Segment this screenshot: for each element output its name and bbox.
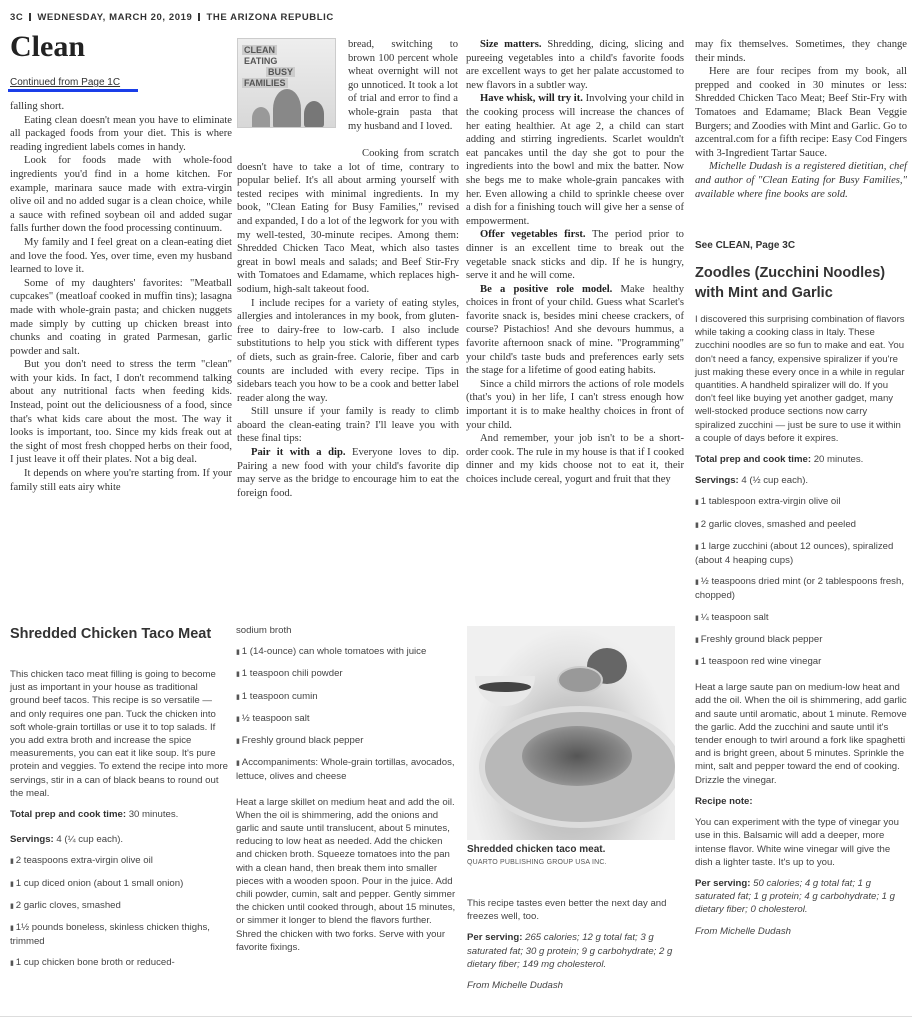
recipe-servings: Servings: 4 (½ cup each). (695, 474, 907, 487)
folio-date: WEDNESDAY, MARCH 20, 2019 (37, 12, 192, 23)
paragraph: And remember, your job isn't to be a sho… (466, 432, 684, 486)
paragraph: Since a child mirrors the actions of rol… (466, 378, 684, 432)
olives-shape (479, 682, 531, 692)
recipe-intro: I discovered this surprising combination… (695, 313, 907, 445)
taco-filling-shape (522, 726, 632, 786)
paragraph: Still unsure if your family is ready to … (237, 405, 459, 446)
value: From Michelle Dudash (467, 980, 563, 991)
book-cover-title-line: BUSY (266, 67, 295, 77)
ingredient: 1½ pounds boneless, skinless chicken thi… (10, 921, 228, 948)
page-folio: 3CWEDNESDAY, MARCH 20, 2019THE ARIZONA R… (10, 12, 334, 23)
recipe-taco-body-col2: sodium broth 1 (14-ounce) can whole toma… (236, 624, 456, 962)
tip-lead: Have whisk, will try it. (480, 93, 583, 104)
link-highlight-underline (8, 89, 138, 92)
tip-lead: Be a positive role model. (480, 284, 612, 295)
book-cover-title-line: CLEAN (242, 45, 277, 55)
tip-lead: Size matters. (480, 39, 542, 50)
recipe-intro: This chicken taco meat filling is going … (10, 668, 228, 800)
paragraph: It depends on where you're starting from… (10, 467, 232, 494)
paragraph: Here are four recipes from my book, all … (695, 65, 907, 160)
tip-paragraph: Size matters. Shredding, dicing, slicing… (466, 38, 684, 92)
tip-lead: Offer vegetables first. (480, 229, 586, 240)
see-jump-link[interactable]: See CLEAN, Page 3C (695, 240, 795, 251)
recipe-taco-body-col3: This recipe tastes even better the next … (467, 897, 679, 1000)
recipe-note: You can experiment with the type of vine… (695, 816, 907, 869)
tip-lead: Pair it with a dip. (251, 447, 346, 458)
folio-separator (198, 13, 200, 21)
paragraph: Cooking from scratch doesn't have to tak… (237, 147, 459, 297)
ingredient: 1 teaspoon cumin (236, 690, 456, 704)
page-bottom-rule (0, 1016, 912, 1017)
recipe-note-label: Recipe note: (695, 795, 907, 808)
recipe-time: Total prep and cook time: 20 minutes. (695, 453, 907, 466)
book-cover-title-line: EATING (242, 56, 279, 66)
value: 4 (½ cup each). (739, 475, 808, 486)
continued-from-link[interactable]: Continued from Page 1C (10, 77, 120, 88)
article-headline: Clean (10, 30, 85, 64)
ingredient: ½ teaspoons dried mint (or 2 tablespoons… (695, 575, 907, 602)
label: Per serving: (695, 878, 750, 889)
paragraph: But you don't need to stress the term "c… (10, 358, 232, 467)
paragraph: may fix themselves. Sometimes, they chan… (695, 38, 907, 65)
article-column-4: may fix themselves. Sometimes, they chan… (695, 38, 907, 201)
ingredient: 1 teaspoon chili powder (236, 667, 456, 681)
value: 30 minutes. (126, 809, 178, 820)
ingredient: 1 cup diced onion (about 1 small onion) (10, 877, 228, 891)
value: 20 minutes. (811, 454, 863, 465)
label: Total prep and cook time: (695, 454, 811, 465)
recipe-time: Total prep and cook time: 30 minutes. (10, 808, 228, 821)
ingredient-continued: sodium broth (236, 624, 456, 637)
avocado-half-shape (557, 666, 603, 694)
recipe-nutrition: Per serving: 50 calories; 4 g total fat;… (695, 877, 907, 917)
paragraph: Look for foods made with whole-food ingr… (10, 154, 232, 236)
article-column-2-wrap: bread, switching to brown 100 percent wh… (348, 38, 458, 133)
label: Total prep and cook time: (10, 809, 126, 820)
ingredient: 2 teaspoons extra-virgin olive oil (10, 854, 228, 868)
recipe-title-zoodles: Zoodles (Zucchini Noodles) with Mint and… (695, 263, 910, 303)
folio-page: 3C (10, 12, 23, 23)
tip-paragraph: Have whisk, will try it. Involving your … (466, 92, 684, 228)
taco-meat-photo (467, 626, 675, 840)
ingredient: 1 teaspoon red wine vinegar (695, 655, 907, 669)
recipe-servings: Servings: 4 (¼ cup each). (10, 833, 228, 846)
author-figure (273, 89, 301, 128)
paragraph: falling short. (10, 100, 232, 114)
article-column-1: falling short. Eating clean doesn't mean… (10, 100, 232, 494)
ingredient: 1 large zucchini (about 12 ounces), spir… (695, 540, 907, 567)
folio-publication: THE ARIZONA REPUBLIC (206, 12, 333, 23)
ingredient: 2 garlic cloves, smashed and peeled (695, 518, 907, 532)
folio-separator (29, 13, 31, 21)
photo-caption: Shredded chicken taco meat. (467, 844, 605, 855)
recipe-nutrition: Per serving: 265 calories; 12 g total fa… (467, 931, 679, 971)
paragraph: Eating clean doesn't mean you have to el… (10, 114, 232, 155)
ingredient: ½ teaspoon salt (236, 712, 456, 726)
recipe-source: From Michelle Dudash (467, 979, 679, 992)
ingredient: Freshly ground black pepper (236, 734, 456, 748)
ingredient: ¼ teaspoon salt (695, 611, 907, 625)
value: From Michelle Dudash (695, 926, 791, 937)
paragraph: My family and I feel great on a clean-ea… (10, 236, 232, 277)
photo-credit: QUARTO PUBLISHING GROUP USA INC. (467, 859, 607, 866)
ingredient: 1 tablespoon extra-virgin olive oil (695, 495, 907, 509)
article-column-3: Size matters. Shredding, dicing, slicing… (466, 38, 684, 487)
recipe-directions: Heat a large skillet on medium heat and … (236, 796, 456, 954)
paragraph: bread, switching to brown 100 percent wh… (348, 38, 458, 133)
tip-paragraph: Pair it with a dip. Everyone loves to di… (237, 446, 459, 500)
label: Recipe note: (695, 796, 753, 807)
ingredient: 2 garlic cloves, smashed (10, 899, 228, 913)
author-bio: Michelle Dudash is a registered dietitia… (695, 160, 907, 201)
book-cover-image: CLEAN EATING BUSY FAMILIES (237, 38, 336, 128)
tip-paragraph: Be a positive role model. Make healthy c… (466, 283, 684, 378)
tip-text: Make healthy choices in front of your ch… (466, 284, 684, 377)
value: 4 (¼ cup each). (54, 834, 123, 845)
tip-paragraph: Offer vegetables first. The period prior… (466, 228, 684, 282)
label: Per serving: (467, 932, 522, 943)
tip-text: Involving your child in the cooking proc… (466, 93, 684, 226)
ingredient: Freshly ground black pepper (695, 633, 907, 647)
recipe-directions: Heat a large saute pan on medium-low hea… (695, 681, 907, 787)
paragraph: I include recipes for a variety of eatin… (237, 297, 459, 406)
book-cover-title-line: FAMILIES (242, 78, 288, 88)
ingredient: 1 cup chicken bone broth or reduced- (10, 956, 228, 970)
article-column-2: Cooking from scratch doesn't have to tak… (237, 147, 459, 500)
child-figure (252, 107, 270, 128)
recipe-tip: This recipe tastes even better the next … (467, 897, 679, 923)
ingredient: 1 (14-ounce) can whole tomatoes with jui… (236, 645, 456, 659)
recipe-title-taco: Shredded Chicken Taco Meat (10, 624, 225, 644)
ingredient: Accompaniments: Whole-grain tortillas, a… (236, 756, 456, 783)
paragraph: Some of my daughters' favorites: "Meatba… (10, 277, 232, 359)
recipe-zoodles-body: I discovered this surprising combination… (695, 313, 907, 946)
child-figure (304, 101, 324, 127)
recipe-source: From Michelle Dudash (695, 925, 907, 938)
recipe-taco-body-col1: This chicken taco meat filling is going … (10, 668, 228, 979)
label: Servings: (10, 834, 54, 845)
label: Servings: (695, 475, 739, 486)
